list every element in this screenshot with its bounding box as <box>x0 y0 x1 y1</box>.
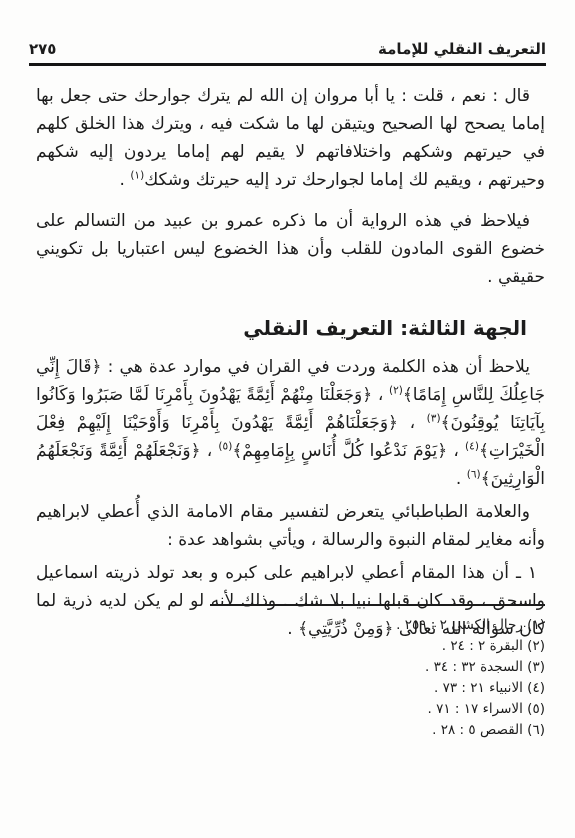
paragraph-quran-citations: يلاحظ أن هذه الكلمة وردت في القران في مو… <box>36 353 545 493</box>
paragraph-tabatabai: والعلامة الطباطبائي يتعرض لتفسير مقام ال… <box>36 498 545 554</box>
footnote: (٦) القصص ٥ : ٢٨ . <box>30 720 545 741</box>
footnote: (٤) الانبياء ٢١ : ٧٣ . <box>30 678 545 699</box>
footnotes-section: (١) رجال الكشي ٢ : ٢٥٩ . (٢) البقرة ٢ : … <box>30 604 545 741</box>
footnote: (١) رجال الكشي ٢ : ٢٥٩ . <box>30 615 545 636</box>
footnote: (٣) السجدة ٣٢ : ٣٤ . <box>30 657 545 678</box>
paragraph-comment: فيلاحظ في هذه الرواية أن ما ذكره عمرو بن… <box>36 207 545 291</box>
page-number: ٢٧٥ <box>29 40 56 58</box>
running-title: التعريف النقلي للإمامة <box>378 40 546 58</box>
page-body: قال : نعم ، قلت : يا أبا مروان إن الله ل… <box>36 82 545 643</box>
paragraph-narration: قال : نعم ، قلت : يا أبا مروان إن الله ل… <box>36 82 545 194</box>
footnote: (٥) الاسراء ١٧ : ٧١ . <box>30 699 545 720</box>
section-heading: الجهة الثالثة: التعريف النقلي <box>36 315 527 341</box>
page-header: التعريف النقلي للإمامة ٢٧٥ <box>29 40 546 66</box>
footnote: (٢) البقرة ٢ : ٢٤ . <box>30 636 545 657</box>
footnote-separator <box>210 604 545 606</box>
book-page: التعريف النقلي للإمامة ٢٧٥ قال : نعم ، ق… <box>0 0 575 838</box>
